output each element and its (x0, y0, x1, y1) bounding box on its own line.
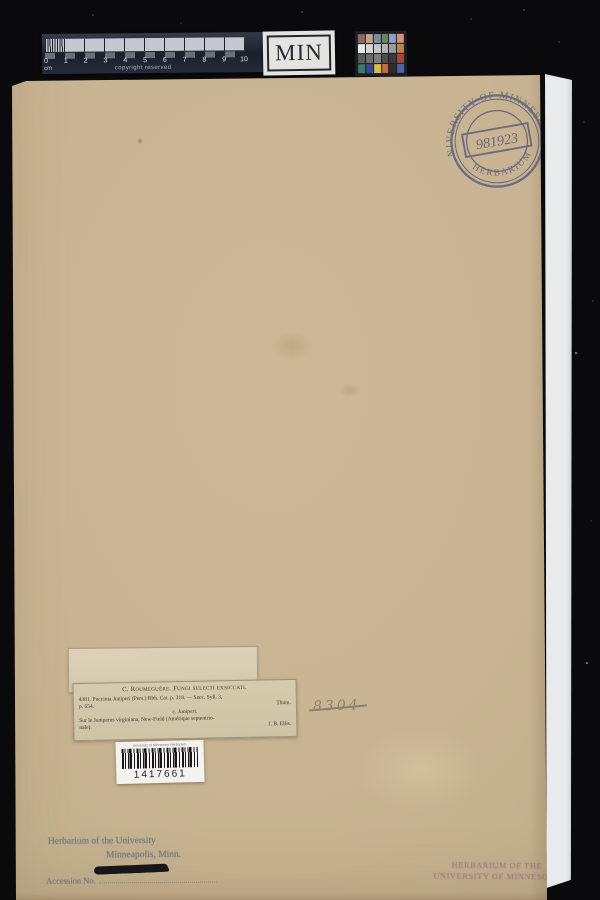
institution-code-card: MIN (263, 30, 336, 75)
exsiccati-label: C. Roumeguère. Fungi selecti exsiccati. … (72, 679, 297, 741)
ruler-number: 0 (42, 58, 50, 65)
color-patch (389, 64, 396, 73)
ruler-number: 5 (141, 57, 149, 64)
scale-mm-band (45, 39, 64, 52)
color-patch (374, 54, 381, 63)
color-patch (373, 34, 380, 43)
ruler-number: 2 (82, 58, 90, 65)
dust-specks (0, 0, 2, 2)
accession-stamp-line1: Herbarium of the University (48, 836, 156, 847)
color-patch (374, 44, 381, 53)
exsiccati-line2-right: Thüm. (276, 700, 291, 707)
bottom-right-stamp-line1: HERBARIUM OF THE (430, 860, 564, 872)
color-patch (358, 34, 365, 43)
color-patch (366, 44, 373, 53)
color-patch (382, 54, 389, 63)
stamp-arc-bottom-text: HERBARIUM (469, 148, 538, 186)
barcode-number: 1417661 (120, 768, 200, 781)
color-patch (366, 64, 373, 73)
cm-scale-bar: 012345678910 cm copyright reserved (42, 32, 264, 74)
accession-stamp: Herbarium of the University Minneapolis,… (46, 835, 266, 887)
ruler-number: 4 (121, 57, 129, 64)
pencil-number: 8304 (313, 697, 361, 715)
bottom-right-stamp: HERBARIUM OF THE UNIVERSITY OF MINNESOTA (430, 860, 564, 883)
scale-cm-band (45, 37, 245, 52)
ruler-number: 6 (161, 57, 169, 64)
color-patch (358, 54, 365, 63)
color-patch (389, 34, 396, 43)
color-patch (374, 64, 381, 73)
ruler-copyright: copyright reserved (42, 64, 244, 72)
stamp-handwritten-number: 981923 (475, 130, 520, 153)
color-patch (366, 54, 373, 63)
exsiccati-line5-left: nale). (79, 725, 92, 732)
ruler-number: 10 (240, 56, 248, 63)
exsiccati-line2-left: p. 654. (79, 704, 94, 711)
under-sheet-edge (545, 74, 572, 888)
institution-code: MIN (267, 34, 332, 71)
color-patch (397, 34, 404, 43)
barcode (122, 747, 198, 769)
color-patch (382, 64, 389, 73)
accession-stamp-line2: Minneapolis, Minn. (106, 850, 181, 861)
barcode-sticker: University of Minnesota Herbarium 141766… (115, 740, 204, 784)
stamp-number-box: 981923 (462, 123, 531, 157)
color-patch (358, 64, 365, 73)
color-patch (389, 44, 396, 53)
color-patch (381, 34, 388, 43)
accession-dotted-line (99, 874, 217, 884)
color-patch (389, 54, 396, 63)
ruler-number: 8 (200, 57, 208, 64)
specimen-photo: UNIVERSITY OF MINNESOTA HERBARIUM 981923… (0, 0, 600, 900)
ruler-number: 1 (62, 58, 70, 65)
color-patch (397, 44, 404, 53)
color-patch (397, 54, 404, 63)
color-patch (358, 44, 365, 53)
ruler-number: 9 (220, 56, 228, 63)
color-patch (381, 44, 388, 53)
color-calibration-target (355, 31, 407, 77)
color-checker-grid (358, 34, 404, 73)
herbarium-sheet: UNIVERSITY OF MINNESOTA HERBARIUM 981923… (0, 0, 600, 900)
color-patch (366, 34, 373, 43)
bottom-right-stamp-line2: UNIVERSITY OF MINNESOTA (430, 871, 564, 883)
accession-label: Accession No. (46, 875, 96, 885)
exsiccati-line5-right: J. B. Ellis. (268, 721, 291, 728)
accession-number-row: Accession No. (46, 874, 217, 886)
color-patch (397, 64, 404, 73)
ruler-number: 7 (181, 57, 189, 64)
ruler-number: 3 (101, 57, 109, 64)
